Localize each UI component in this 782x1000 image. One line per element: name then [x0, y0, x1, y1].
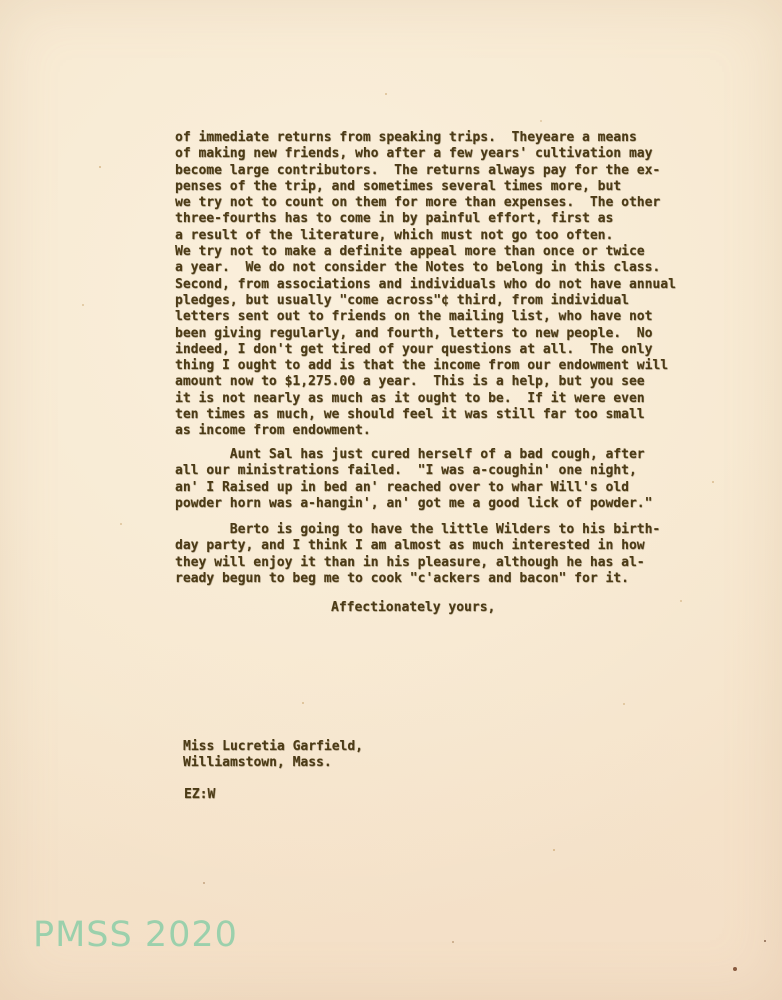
letter-body-paragraph-1: of immediate returns from speaking trips…: [175, 130, 676, 440]
letter-closing: Affectionately yours,: [331, 600, 495, 616]
letter-page: of immediate returns from speaking trips…: [0, 0, 782, 1000]
letter-body-paragraph-3: Berto is going to have the little Wilder…: [175, 522, 660, 587]
pmss-archive-watermark: PMSS 2020: [33, 915, 238, 955]
letter-body-paragraph-2: Aunt Sal has just cured herself of a bad…: [175, 447, 652, 512]
paper-texture-speckles: [0, 0, 2, 2]
recipient-address: Miss Lucretia Garfield, Williamstown, Ma…: [183, 739, 363, 772]
typist-initials: EZ:W: [184, 787, 215, 803]
